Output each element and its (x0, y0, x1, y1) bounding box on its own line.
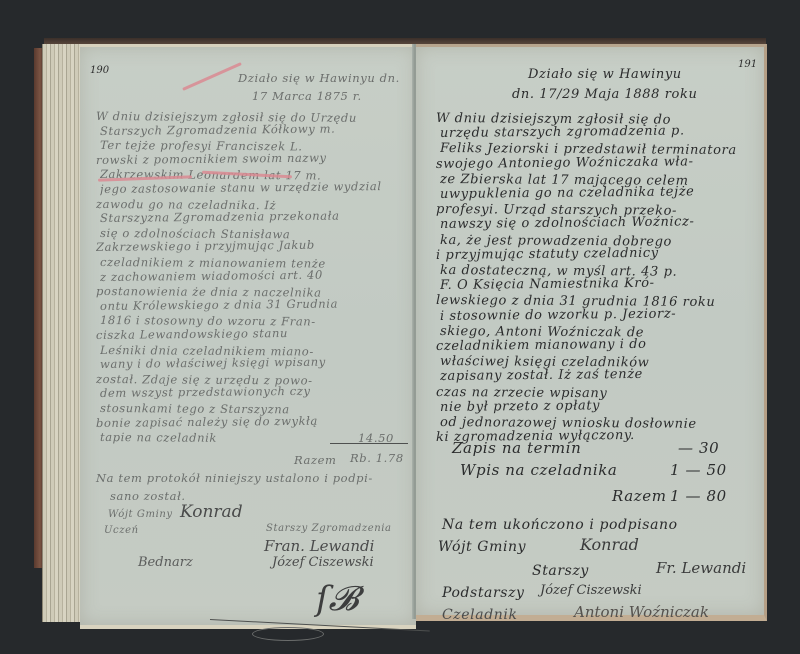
handwritten-line: i przyjmując statuty czeladnicy (436, 245, 659, 262)
handwritten-line: Zakrzewskiego i przyjmując Jakub (96, 238, 315, 254)
handwritten-line: z zachowaniem wiadomości art. 40 (100, 267, 323, 283)
left-heading-line-1: Działo się w Hawinyu dn. (238, 71, 400, 85)
handwritten-line: F. O Księcia Namiestnika Kró- (440, 276, 655, 293)
handwritten-line: i stosownie do wzorku p. Jeziorz- (440, 306, 676, 323)
right-sig-label-starszy: Starszy (532, 563, 589, 579)
handwritten-line: nawszy się o zdolnościach Woźnicz- (440, 215, 695, 233)
left-closing-line-2: sano został. (110, 489, 186, 503)
signature-mark-left: Bednarz (138, 555, 193, 570)
right-closing-line-1: Na tem ukończono i podpisano (442, 517, 678, 533)
left-sig-label-starszy: Starszy Zgromadzenia (266, 523, 392, 534)
handwritten-line: zapisany został. Iż zaś tenże (440, 367, 643, 384)
red-pencil-mark (182, 62, 242, 91)
left-page-number: 190 (90, 65, 109, 76)
signature-wozniczak: Antoni Woźniczak (574, 603, 709, 621)
open-register-book: 190 Działo się w Hawinyu dn. 17 Marca 18… (0, 0, 800, 654)
signature-underline (210, 619, 430, 632)
handwritten-line: nie był przeto z opłaty (440, 398, 600, 415)
right-heading-line-2: dn. 17/29 Maja 1888 roku (512, 87, 697, 102)
left-closing-line-1: Na tem protokół niniejszy ustalono i pod… (96, 471, 373, 485)
right-page-number: 191 (738, 59, 757, 70)
left-sig-label-wojt: Wójt Gminy (108, 509, 173, 520)
signature-ciszewski-right: Józef Ciszewski (540, 583, 642, 598)
handwritten-line: urzędu starszych zgromadzenia p. (440, 124, 685, 142)
handwritten-line: czeladnikiem mianowany i do (436, 337, 647, 354)
handwritten-line: Starszyzna Zgromadzenia przekonała (100, 209, 340, 226)
left-total-amount: Rb. 1.78 (350, 451, 404, 465)
signature-ciszewski: Józef Ciszewski (272, 555, 374, 570)
signature-wojt-right: Konrad (580, 535, 639, 554)
left-sig-label-uczen: Uczeń (104, 525, 139, 536)
handwritten-line: bonie zapisać należy się do zwykłą (96, 413, 318, 429)
fee-amount-wpis: 1 — 50 (670, 461, 727, 479)
left-page: 190 Działo się w Hawinyu dn. 17 Marca 18… (80, 44, 416, 629)
signature-loop (252, 627, 324, 641)
page-stack-edges (42, 44, 83, 622)
handwritten-line: wany i do właściwej księgi wpisany (100, 355, 326, 371)
large-signature-flourish: ſ𝓑 (316, 579, 359, 619)
right-page: 191 Działo się w Hawinyu dn. 17/29 Maja … (416, 44, 767, 621)
right-sig-label-czeladnik: Czeladnik (442, 607, 518, 623)
fee-amount-zapis: — 30 (678, 439, 719, 457)
signature-lewandi: Fran. Lewandi (264, 537, 374, 555)
handwritten-line: dem wszyst przedstawionych czy (100, 384, 311, 400)
fee-label-razem: Razem (612, 487, 667, 505)
handwritten-line: tapie na czeladnik (100, 430, 217, 445)
signature-wojt: Konrad (180, 502, 243, 522)
right-closing-line-2: Wójt Gminy (438, 539, 526, 555)
left-heading-line-2: 17 Marca 1875 r. (252, 89, 362, 103)
left-total-label: Razem (294, 453, 337, 467)
handwritten-line: uwypuklenia go na czeladnika tejże (440, 184, 695, 202)
handwritten-line: Starszych Zgromadzenia Kółkowy m. (100, 121, 335, 137)
signature-lewandi-right: Fr. Lewandi (656, 559, 746, 577)
handwritten-line: ciszka Lewandowskiego stanu (96, 326, 288, 342)
handwritten-line: ontu Królewskiego z dnia 31 Grudnia (100, 296, 338, 312)
handwritten-line: jego zastosowanie stanu w urzędzie wydzi… (100, 179, 382, 196)
handwritten-line: rowski z pomocnikiem swoim nazwy (96, 150, 327, 166)
right-sig-label-podstarszy: Podstarszy (442, 585, 525, 601)
handwritten-line: swojego Antoniego Woźniczaka wła- (436, 154, 694, 172)
fee-label-zapis: Zapis na termin (452, 439, 581, 457)
fee-label-wpis: Wpis na czeladnika (460, 461, 617, 479)
right-heading-line-1: Działo się w Hawinyu (528, 67, 682, 82)
left-fee-amount: 14.50 (358, 431, 394, 445)
fee-amount-razem: 1 — 80 (670, 487, 727, 505)
